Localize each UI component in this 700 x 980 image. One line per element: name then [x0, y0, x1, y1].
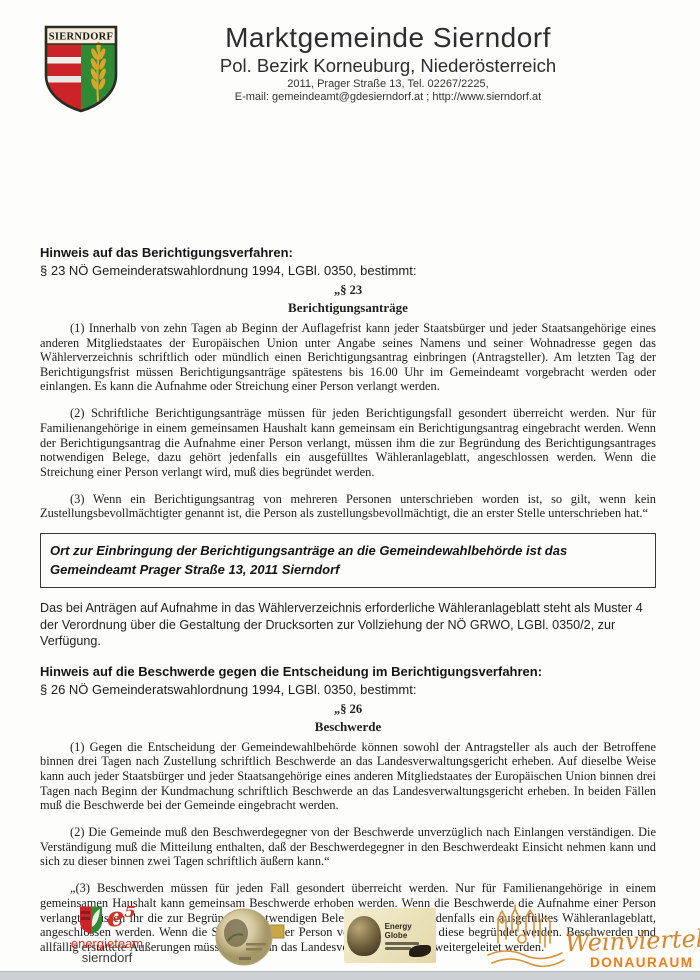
donauraum-label: DONAURAUM — [590, 955, 694, 970]
district-subtitle: Pol. Bezirk Korneuburg, Niederösterreich — [76, 55, 700, 77]
energieteam-logo: e⁵ energieteam sierndorf — [52, 905, 162, 965]
energy-globe-subtext-bar — [385, 942, 419, 945]
energy-globe-subtext-bar — [385, 947, 411, 950]
section-subheading-par26: § 26 NÖ Gemeinderatswahlordnung 1994, LG… — [40, 681, 656, 699]
section-subheading-par23: § 23 NÖ Gemeinderatswahlordnung 1994, LG… — [40, 262, 656, 280]
paragraph-23-2: (2) Schriftliche Berichtigungsanträge mü… — [40, 406, 656, 479]
address-line: 2011, Prager Straße 13, Tel. 02267/2225, — [76, 78, 700, 90]
sierndorf-coat-of-arms-icon: SIERNDORF — [40, 20, 122, 116]
clause-title-berichtigungsantraege: Berichtigungsanträge — [40, 300, 656, 316]
weinviertel-script-label: Weinviertel — [565, 925, 700, 958]
contact-line: E-mail: gemeindeamt@gdesierndorf.at ; ht… — [76, 91, 700, 103]
castle-line-art-icon — [482, 903, 568, 971]
section-heading-berichtigungsverfahren: Hinweis auf das Berichtigungsverfahren: — [40, 244, 656, 262]
footer-logo-row: e⁵ energieteam sierndorf — [0, 901, 700, 971]
section-heading-beschwerde: Hinweis auf die Beschwerde gegen die Ent… — [40, 663, 656, 681]
waehleranlageblatt-note: Das bei Anträgen auf Aufnahme in das Wäh… — [40, 600, 656, 650]
scanner-edge-strip — [0, 971, 700, 980]
clause-title-beschwerde: Beschwerde — [40, 719, 656, 735]
energy-globe-label: Energy Globe — [385, 922, 436, 940]
paragraph-26-2: (2) Die Gemeinde muß den Beschwerdegegne… — [40, 825, 656, 869]
paragraph-26-1: (1) Gegen die Entscheidung der Gemeindew… — [40, 740, 656, 813]
energy-globe-swoosh — [409, 945, 431, 957]
energy-globe-logo: Energy Globe — [344, 908, 436, 963]
submission-location-notice-box: Ort zur Einbringung der Berichtigungsant… — [40, 533, 656, 588]
energieteam-sublabel: sierndorf — [52, 951, 162, 965]
clause-ref-26: „§ 26 — [40, 702, 656, 717]
scan-artifact-dash — [198, 949, 205, 951]
document-body: Hinweis auf das Berichtigungsverfahren: … — [40, 140, 656, 954]
letterhead-text: Marktgemeinde Sierndorf Pol. Bezirk Korn… — [76, 22, 700, 103]
clause-ref-23: „§ 23 — [40, 283, 656, 298]
award-medal-icon — [212, 907, 288, 967]
letterhead: SIERNDORF Marktgemeinde Sierndorf Pol. B… — [0, 0, 700, 140]
paragraph-23-1: (1) Innerhalb von zehn Tagen ab Beginn d… — [40, 321, 656, 394]
scanned-document-page: SIERNDORF Marktgemeinde Sierndorf Pol. B… — [0, 0, 700, 980]
crest-banner-text: SIERNDORF — [49, 32, 114, 43]
municipality-title: Marktgemeinde Sierndorf — [76, 22, 700, 54]
paragraph-23-3: (3) Wenn ein Berichtigungsantrag von meh… — [40, 492, 656, 521]
energieteam-label: energieteam — [52, 937, 162, 951]
e5-mark-icon: e⁵ — [107, 905, 136, 931]
energieteam-shield-icon — [78, 905, 104, 935]
weinviertel-donauraum-logo: Weinviertel DONAURAUM — [472, 901, 692, 971]
globe-balloon-icon — [347, 916, 381, 956]
